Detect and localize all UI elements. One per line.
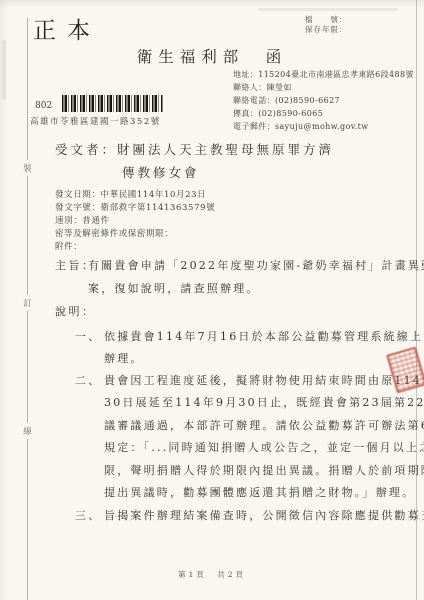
scan-artifact (258, 8, 398, 11)
page-number-footer: 第1頁 共2頁 (0, 569, 424, 580)
barcode-icon (62, 95, 163, 112)
recipient-zip-code: 802 (35, 101, 52, 111)
retention-period-label: 保存年限： (305, 25, 348, 35)
attachment-label: 附件： (55, 240, 82, 252)
security-classification: 密等及解密條件或保密期限： (55, 227, 173, 239)
item-2-line-3: 議審議通過，本部許可辦理。請依公益勸募許可辦法第6條 (104, 417, 424, 433)
binding-mark-1: 裝 (21, 160, 34, 176)
recipient-street-address: 高雄市苓雅區建國一路352號 (30, 115, 161, 127)
sender-address: 地址：115204臺北市南港區忠孝東路6段488號 (233, 68, 414, 81)
copy-type-label: 正本 (33, 12, 101, 45)
official-letter-page: 裝 訂 線 正本 檔 號： 保存年限： 衛生福利部 函 地址：115204臺北市… (0, 0, 424, 600)
sender-fax: 傳真：(02)8590-6065 (233, 107, 414, 120)
issue-date: 發文日期：中華民國114年10月23日 (55, 188, 206, 200)
item-2-line-1: 貴會因工程進度延後，擬將財物使用結束時間由原114年6月 (104, 372, 424, 388)
item-2-number: 二、 (75, 372, 101, 388)
recipient-name-line1: 財團法人天主教聖母無原罪方濟 (117, 142, 334, 157)
item-2-line-5: 限，聲明捐贈人得於期限內提出異議。捐贈人於前項期限內 (104, 462, 424, 478)
binding-mark-3: 線 (21, 423, 34, 439)
recipient-name-line2: 傳教修女會 (122, 163, 200, 181)
item-3-line-1: 旨揭案件辦理結案備查時，公開徵信內容除應提供勸募支出 (104, 507, 424, 523)
scan-artifact (2, 40, 6, 100)
item-2-line-4: 規定：「...同時通知捐贈人或公告之，並定一個月以上之期 (104, 439, 424, 455)
recipient-label: 受文者： (55, 142, 117, 157)
subject-line-2: 案，復如說明，請查照辦理。 (88, 280, 260, 296)
recipient-line: 受文者：財團法人天主教聖母無原罪方濟 (55, 140, 334, 158)
sender-contact-person: 聯絡人：陳瑩如 (233, 81, 414, 94)
sender-phone: 聯絡電話：(02)8590-6627 (233, 94, 414, 107)
sender-email: 電子郵件：sayuju@mohw.gov.tw (233, 120, 414, 133)
subject-line-1: 有關貴會申請「2022年度聖功家園-爺奶幸福村」計畫異動 (88, 257, 424, 273)
delivery-speed: 速別：普通件 (55, 214, 110, 226)
item-1-number: 一、 (75, 328, 101, 344)
explanation-label: 說明： (55, 303, 96, 319)
file-number-label: 檔 號： (305, 15, 348, 25)
sender-contact-block: 地址：115204臺北市南港區忠孝東路6段488號 聯絡人：陳瑩如 聯絡電話：(… (233, 68, 414, 133)
item-2-line-6: 提出異議時，勸募團體應返還其捐贈之財物。」辦理。 (104, 484, 415, 500)
reference-number: 發文字號：衛部救字第1141363579號 (55, 201, 215, 213)
file-number-block: 檔 號： 保存年限： (305, 15, 348, 35)
item-3-number: 三、 (75, 507, 101, 523)
document-title: 衛生福利部 函 (0, 45, 424, 67)
item-1-line-2: 辦理。 (104, 350, 144, 366)
binding-mark-2: 訂 (21, 295, 34, 311)
item-1-line-1: 依據貴會114年7月16日於本部公益勸募管理系統線上申請案 (104, 328, 424, 344)
item-2-line-2: 30日展延至114年9月30日止，既經貴會第23屆第22次董事會 (104, 394, 424, 410)
